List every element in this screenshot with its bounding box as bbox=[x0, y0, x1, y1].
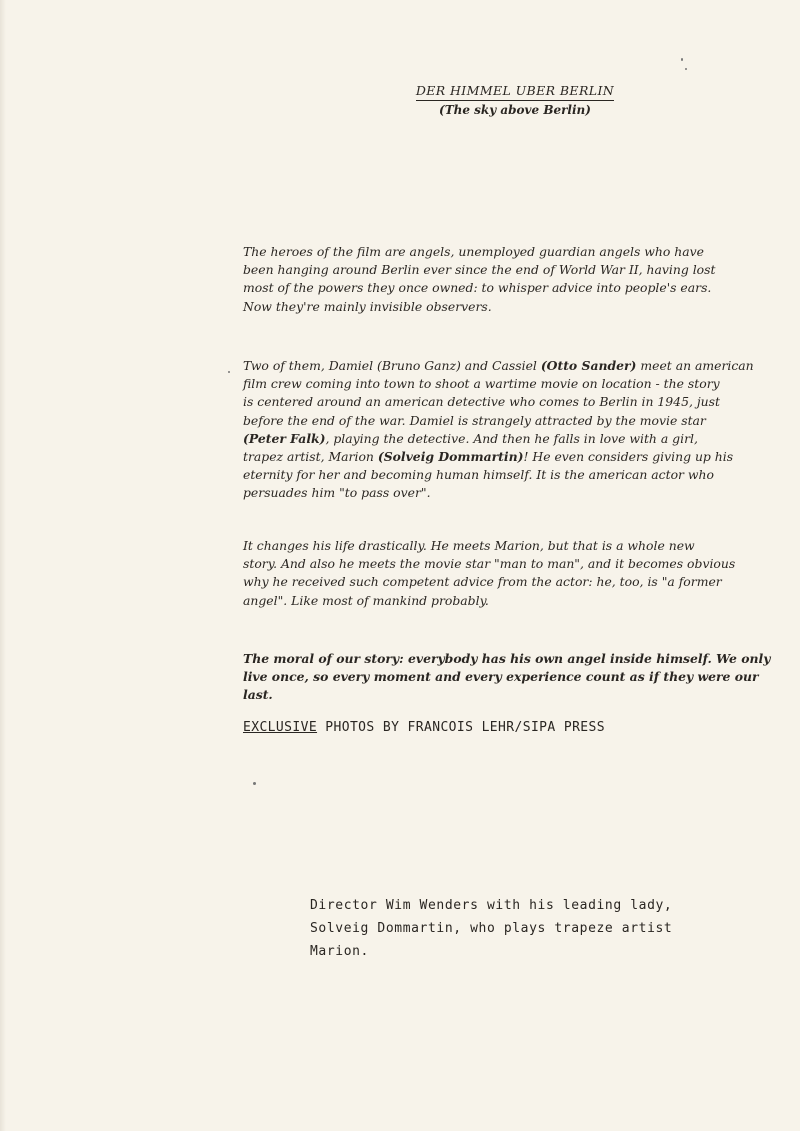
title-block: DER HIMMEL UBER BERLIN (The sky above Be… bbox=[410, 80, 620, 117]
document-subtitle: (The sky above Berlin) bbox=[410, 103, 620, 117]
actor-otto-sander: (Otto Sander) bbox=[541, 358, 637, 373]
speck bbox=[253, 782, 256, 785]
speck bbox=[681, 58, 683, 61]
actor-solveig-dommartin: (Solveig Dommartin) bbox=[378, 449, 524, 464]
photo-credit: EXCLUSIVE PHOTOS BY FRANCOIS LEHR/SIPA P… bbox=[243, 720, 605, 735]
paragraph-intro: The heroes of the film are angels, unemp… bbox=[243, 243, 800, 316]
speck bbox=[685, 68, 687, 70]
credit-rest: PHOTOS BY FRANCOIS LEHR/SIPA PRESS bbox=[317, 720, 605, 735]
paragraph-plot: Two of them, Damiel (Bruno Ganz) and Cas… bbox=[243, 357, 800, 503]
speck bbox=[228, 371, 230, 373]
document-title: DER HIMMEL UBER BERLIN bbox=[416, 83, 614, 101]
paragraph-moral: The moral of our story: everybody has hi… bbox=[243, 650, 800, 705]
credit-exclusive: EXCLUSIVE bbox=[243, 720, 317, 735]
photo-caption: Director Wim Wenders with his leading la… bbox=[310, 894, 672, 963]
actor-peter-falk: (Peter Falk) bbox=[243, 431, 325, 446]
paragraph-change: It changes his life drastically. He meet… bbox=[243, 537, 800, 610]
page-edge bbox=[0, 0, 6, 1131]
plot-text-a: Two of them, Damiel (Bruno Ganz) and Cas… bbox=[243, 358, 541, 373]
